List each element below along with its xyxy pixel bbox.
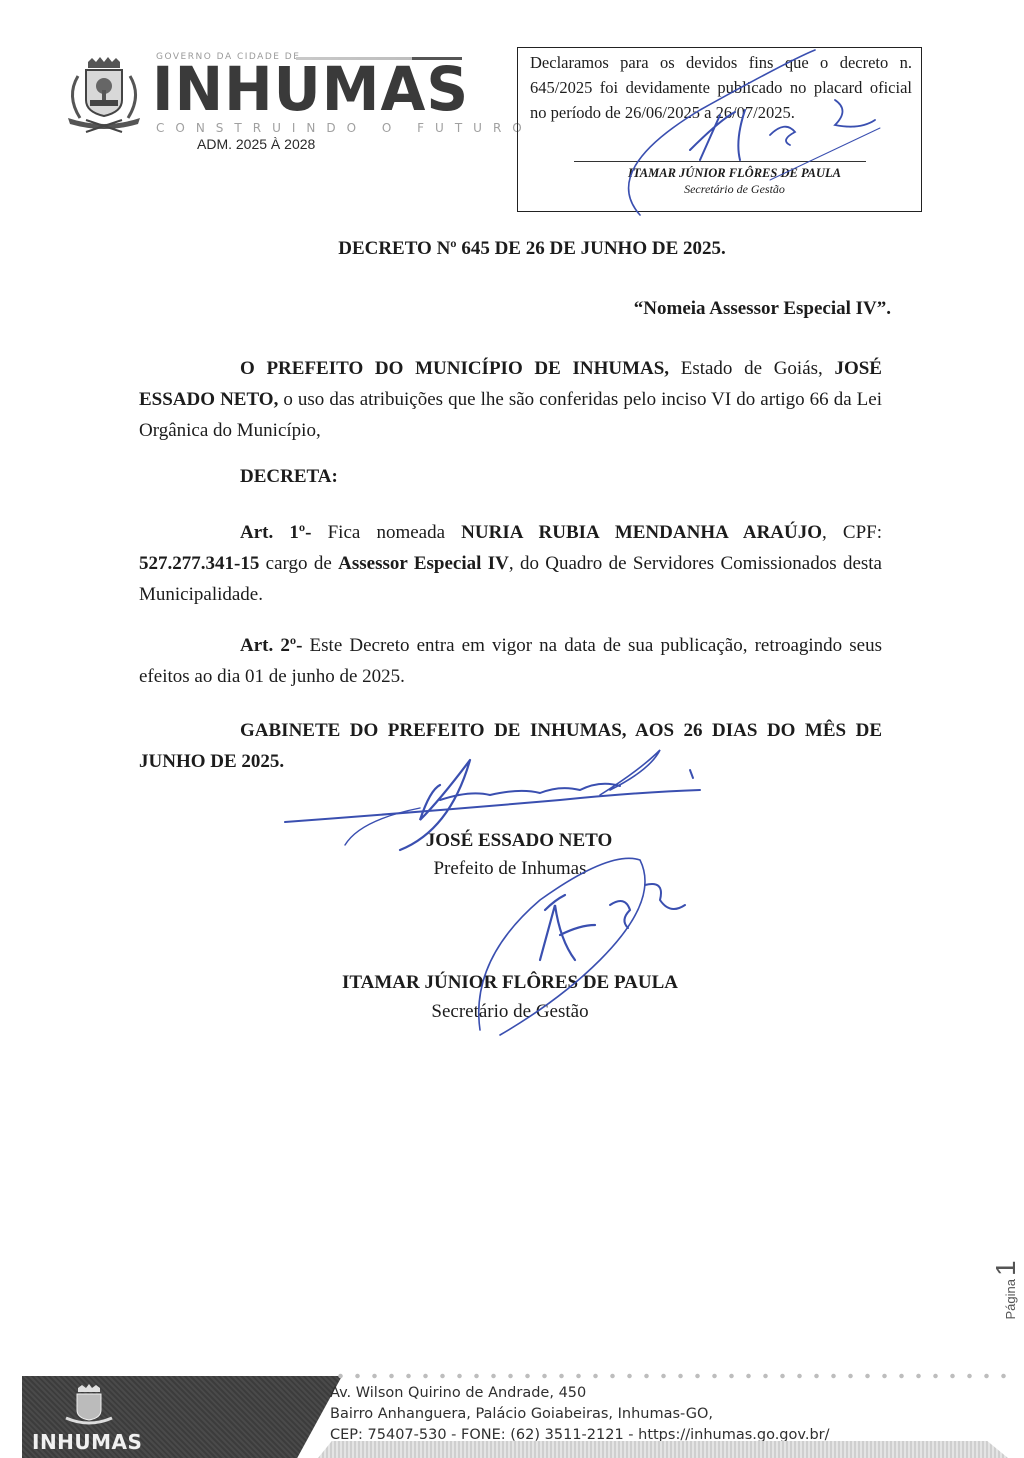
appointee-cpf: 527.277.341-15 bbox=[139, 553, 259, 574]
closing-statement: GABINETE DO PREFEITO DE INHUMAS, AOS 26 … bbox=[139, 715, 882, 777]
article-2-label: Art. 2º- bbox=[240, 635, 302, 656]
decree-title: DECRETO Nº 645 DE 26 DE JUNHO DE 2025. bbox=[0, 238, 1024, 260]
article-2: Art. 2º- Este Decreto entra em vigor na … bbox=[139, 630, 882, 692]
appointee-name: NURIA RUBIA MENDANHA ARAÚJO bbox=[461, 522, 822, 543]
logo-city-name: INHUMAS bbox=[152, 59, 469, 120]
logo-tagline: CONSTRUINDO O FUTURO bbox=[156, 121, 533, 135]
mayor-signature-role: Prefeito de Inhumas bbox=[0, 858, 1020, 880]
page-number-value: 1 bbox=[990, 1260, 1021, 1276]
appointee-position: Assessor Especial IV bbox=[338, 553, 509, 574]
decree-subject: “Nomeia Assessor Especial IV”. bbox=[634, 298, 891, 320]
cpf-label: , CPF: bbox=[822, 522, 882, 543]
footer-coat-of-arms-icon bbox=[62, 1384, 116, 1428]
decreta-heading: DECRETA: bbox=[240, 466, 338, 488]
page-number-label: Página bbox=[1003, 1279, 1018, 1319]
stamp-declaration: Declaramos para os devidos fins que o de… bbox=[530, 50, 912, 125]
footer-address-line-2: Bairro Anhanguera, Palácio Goiabeiras, I… bbox=[330, 1404, 830, 1425]
footer-strip bbox=[318, 1441, 1008, 1458]
secretary-signature-role: Secretário de Gestão bbox=[0, 1001, 1020, 1023]
preamble: O PREFEITO DO MUNICÍPIO DE INHUMAS, Esta… bbox=[139, 353, 882, 446]
footer-address: Av. Wilson Quirino de Andrade, 450 Bairr… bbox=[330, 1383, 830, 1446]
mayor-signature-name: JOSÉ ESSADO NETO bbox=[0, 830, 1024, 852]
footer-address-line-1: Av. Wilson Quirino de Andrade, 450 bbox=[330, 1383, 830, 1404]
article-1-text: Fica nomeada bbox=[311, 522, 461, 543]
article-1-label: Art. 1º- bbox=[240, 522, 311, 543]
stamp-signature-line bbox=[574, 161, 866, 162]
article-1: Art. 1º- Fica nomeada NURIA RUBIA MENDAN… bbox=[139, 517, 882, 610]
stamp-signatory-role: Secretário de Gestão bbox=[518, 182, 921, 197]
publication-stamp: Declaramos para os devidos fins que o de… bbox=[517, 47, 922, 212]
page-number: Página1 bbox=[986, 1250, 1024, 1330]
article-1-text-middle: cargo de bbox=[259, 553, 338, 574]
secretary-signature-name: ITAMAR JÚNIOR FLÔRES DE PAULA bbox=[0, 972, 1020, 994]
coat-of-arms-icon bbox=[58, 56, 150, 136]
footer-city-name: INHUMAS bbox=[32, 1430, 142, 1454]
preamble-state: Estado de Goiás, bbox=[669, 358, 834, 379]
preamble-authority: O PREFEITO DO MUNICÍPIO DE INHUMAS, bbox=[240, 358, 669, 379]
logo-administration: ADM. 2025 À 2028 bbox=[197, 136, 315, 152]
footer-dot-pattern bbox=[332, 1372, 1012, 1380]
stamp-signatory-name: ITAMAR JÚNIOR FLÔRES DE PAULA bbox=[518, 166, 921, 181]
